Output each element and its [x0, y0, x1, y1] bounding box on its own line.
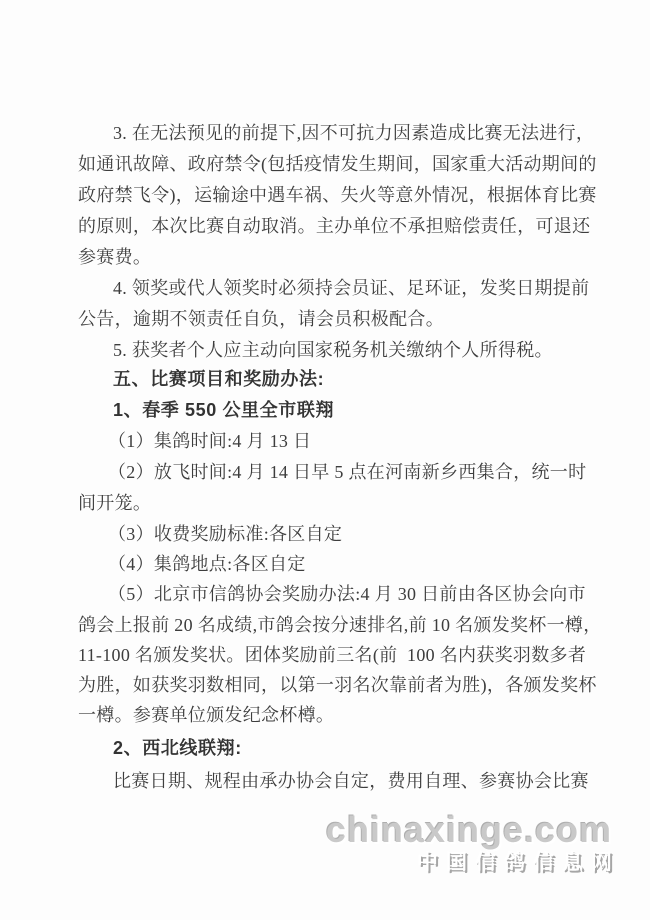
section-heading-awards: 五、比赛项目和奖励办法: [78, 368, 324, 391]
doc-line-16: （5）北京市信鸽协会奖励办法:4 月 30 日前由各区协会向市 [78, 583, 586, 606]
doc-line-15: （4）集鸽地点:各区自定 [78, 553, 306, 576]
doc-line-5: 参赛费。 [78, 246, 151, 269]
doc-line-14: （3）收费奖励标准:各区自定 [78, 523, 342, 546]
doc-line-12: （2）放飞时间:4 月 14 日早 5 点在河南新乡西集合，统一时 [78, 461, 586, 484]
watermark-site-name: 中国信鸽信息网 [326, 852, 620, 874]
doc-line-22: 比赛日期、规程由承办协会自定，费用自理、参赛协会比赛 [78, 770, 589, 793]
subsection-heading-northwest-race: 2、西北线联翔: [78, 737, 242, 760]
doc-line-8: 5. 获奖者个人应主动向国家税务机关缴纳个人所得税。 [78, 339, 553, 362]
doc-line-2: 如通讯故障、政府禁令(包括疫情发生期间，国家重大活动期间的 [78, 153, 597, 176]
subsection-heading-spring-race: 1、春季 550 公里全市联翔 [78, 399, 334, 422]
doc-line-1: 3. 在无法预见的前提下,因不可抗力因素造成比赛无法进行， [78, 122, 594, 145]
doc-line-18: 11-100 名颁发奖状。团体奖励前三名(前 100 名内获奖羽数多者 [78, 644, 586, 667]
doc-line-4: 的原则，本次比赛自动取消。主办单位不承担赔偿责任，可退还 [78, 215, 590, 238]
doc-line-7: 公告，逾期不领责任自负，请会员积极配合。 [78, 308, 444, 331]
document-page: 3. 在无法预见的前提下,因不可抗力因素造成比赛无法进行， 如通讯故障、政府禁令… [0, 0, 650, 920]
doc-line-3: 政府禁飞令)，运输途中遇车祸、失火等意外情况，根据体育比赛 [78, 184, 597, 207]
doc-line-17: 鸽会上报前 20 名成绩,市鸽会按分速排名,前 10 名颁发奖杯一樽， [78, 614, 602, 637]
watermark-site-url: chinaxinge.com [326, 812, 612, 848]
doc-line-20: 一樽。参赛单位颁发纪念杯樽。 [78, 704, 334, 727]
doc-line-19: 为胜，如获奖羽数相同，以第一羽名次靠前者为胜)，各颁发奖杯 [78, 674, 597, 697]
site-watermark: chinaxinge.com 中国信鸽信息网 [326, 812, 612, 874]
doc-line-13: 间开笼。 [78, 492, 151, 515]
doc-line-6: 4. 领奖或代人领奖时必须持会员证、足环证，发奖日期提前 [78, 277, 589, 300]
doc-line-11: （1）集鸽时间:4 月 13 日 [78, 430, 311, 453]
